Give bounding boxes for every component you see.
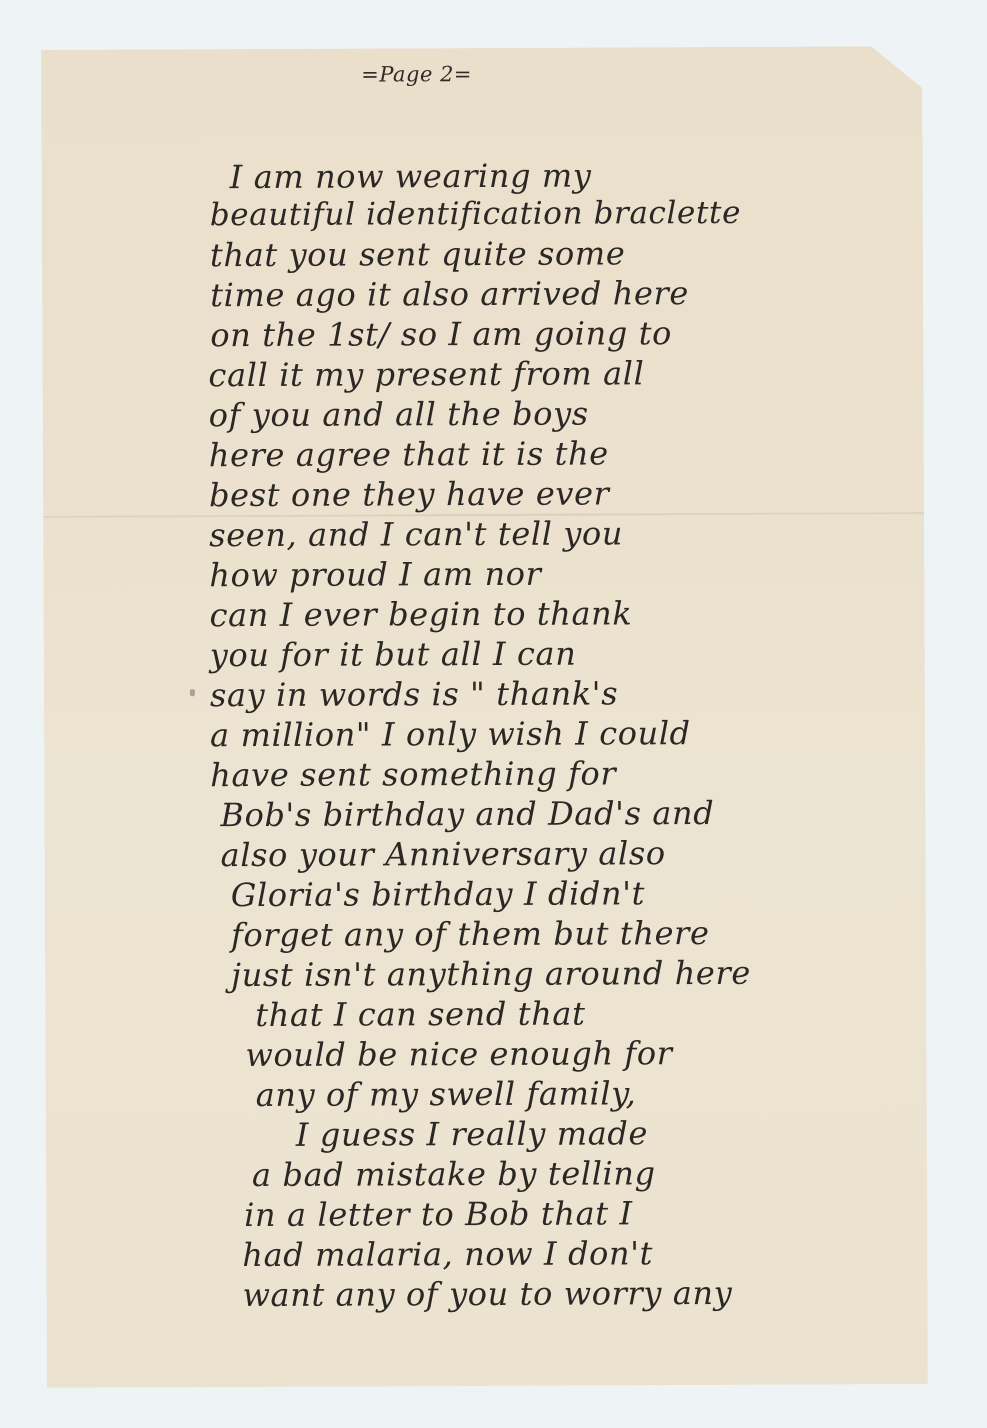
letter-line: can I ever begin to thank — [209, 593, 632, 635]
letter-line: a million" I only wish I could — [210, 713, 691, 755]
letter-line: here agree that it is the — [209, 433, 609, 475]
letter-line: had malaria, now I don't — [242, 1233, 653, 1275]
letter-line: just isn't anything around here — [231, 953, 751, 995]
ink-speck — [190, 689, 195, 696]
letter-line: would be nice enough for — [245, 1033, 672, 1075]
letter-line: a bad mistake by telling — [252, 1153, 656, 1195]
letter-line: say in words is " thank's — [210, 673, 618, 715]
letter-line: want any of you to worry any — [242, 1273, 732, 1315]
letter-page: =Page 2= I am now wearing my beautiful i… — [41, 46, 928, 1388]
letter-line: Bob's birthday and Dad's and — [220, 793, 714, 835]
letter-line: how proud I am nor — [209, 554, 541, 595]
letter-line: best one they have ever — [209, 473, 610, 515]
letter-line: on the 1st/ so I am going to — [210, 313, 672, 355]
page-number-heading: =Page 2= — [361, 62, 472, 86]
letter-line: Gloria's birthday I didn't — [231, 873, 645, 915]
letter-line: that you sent quite some — [210, 233, 626, 275]
letter-line: call it my present from all — [208, 353, 644, 395]
letter-line: I guess I really made — [296, 1113, 648, 1155]
letter-line: that I can send that — [255, 994, 585, 1035]
letter-line: in a letter to Bob that I — [244, 1193, 633, 1235]
letter-line: of you and all the boys — [209, 394, 589, 436]
letter-line: beautiful identification braclette — [210, 193, 741, 235]
letter-line: you for it but all I can — [210, 634, 577, 676]
letter-line: time ago it also arrived here — [210, 273, 689, 315]
letter-line: forget any of them but there — [231, 913, 710, 955]
letter-line: any of my swell family, — [256, 1073, 637, 1115]
letter-line: I am now wearing my — [230, 156, 592, 198]
letter-body: I am now wearing my beautiful identifica… — [42, 154, 923, 158]
letter-line: have sent something for — [210, 753, 616, 795]
letter-line: seen, and I can't tell you — [209, 513, 623, 555]
letter-line: also your Anniversary also — [221, 833, 666, 875]
